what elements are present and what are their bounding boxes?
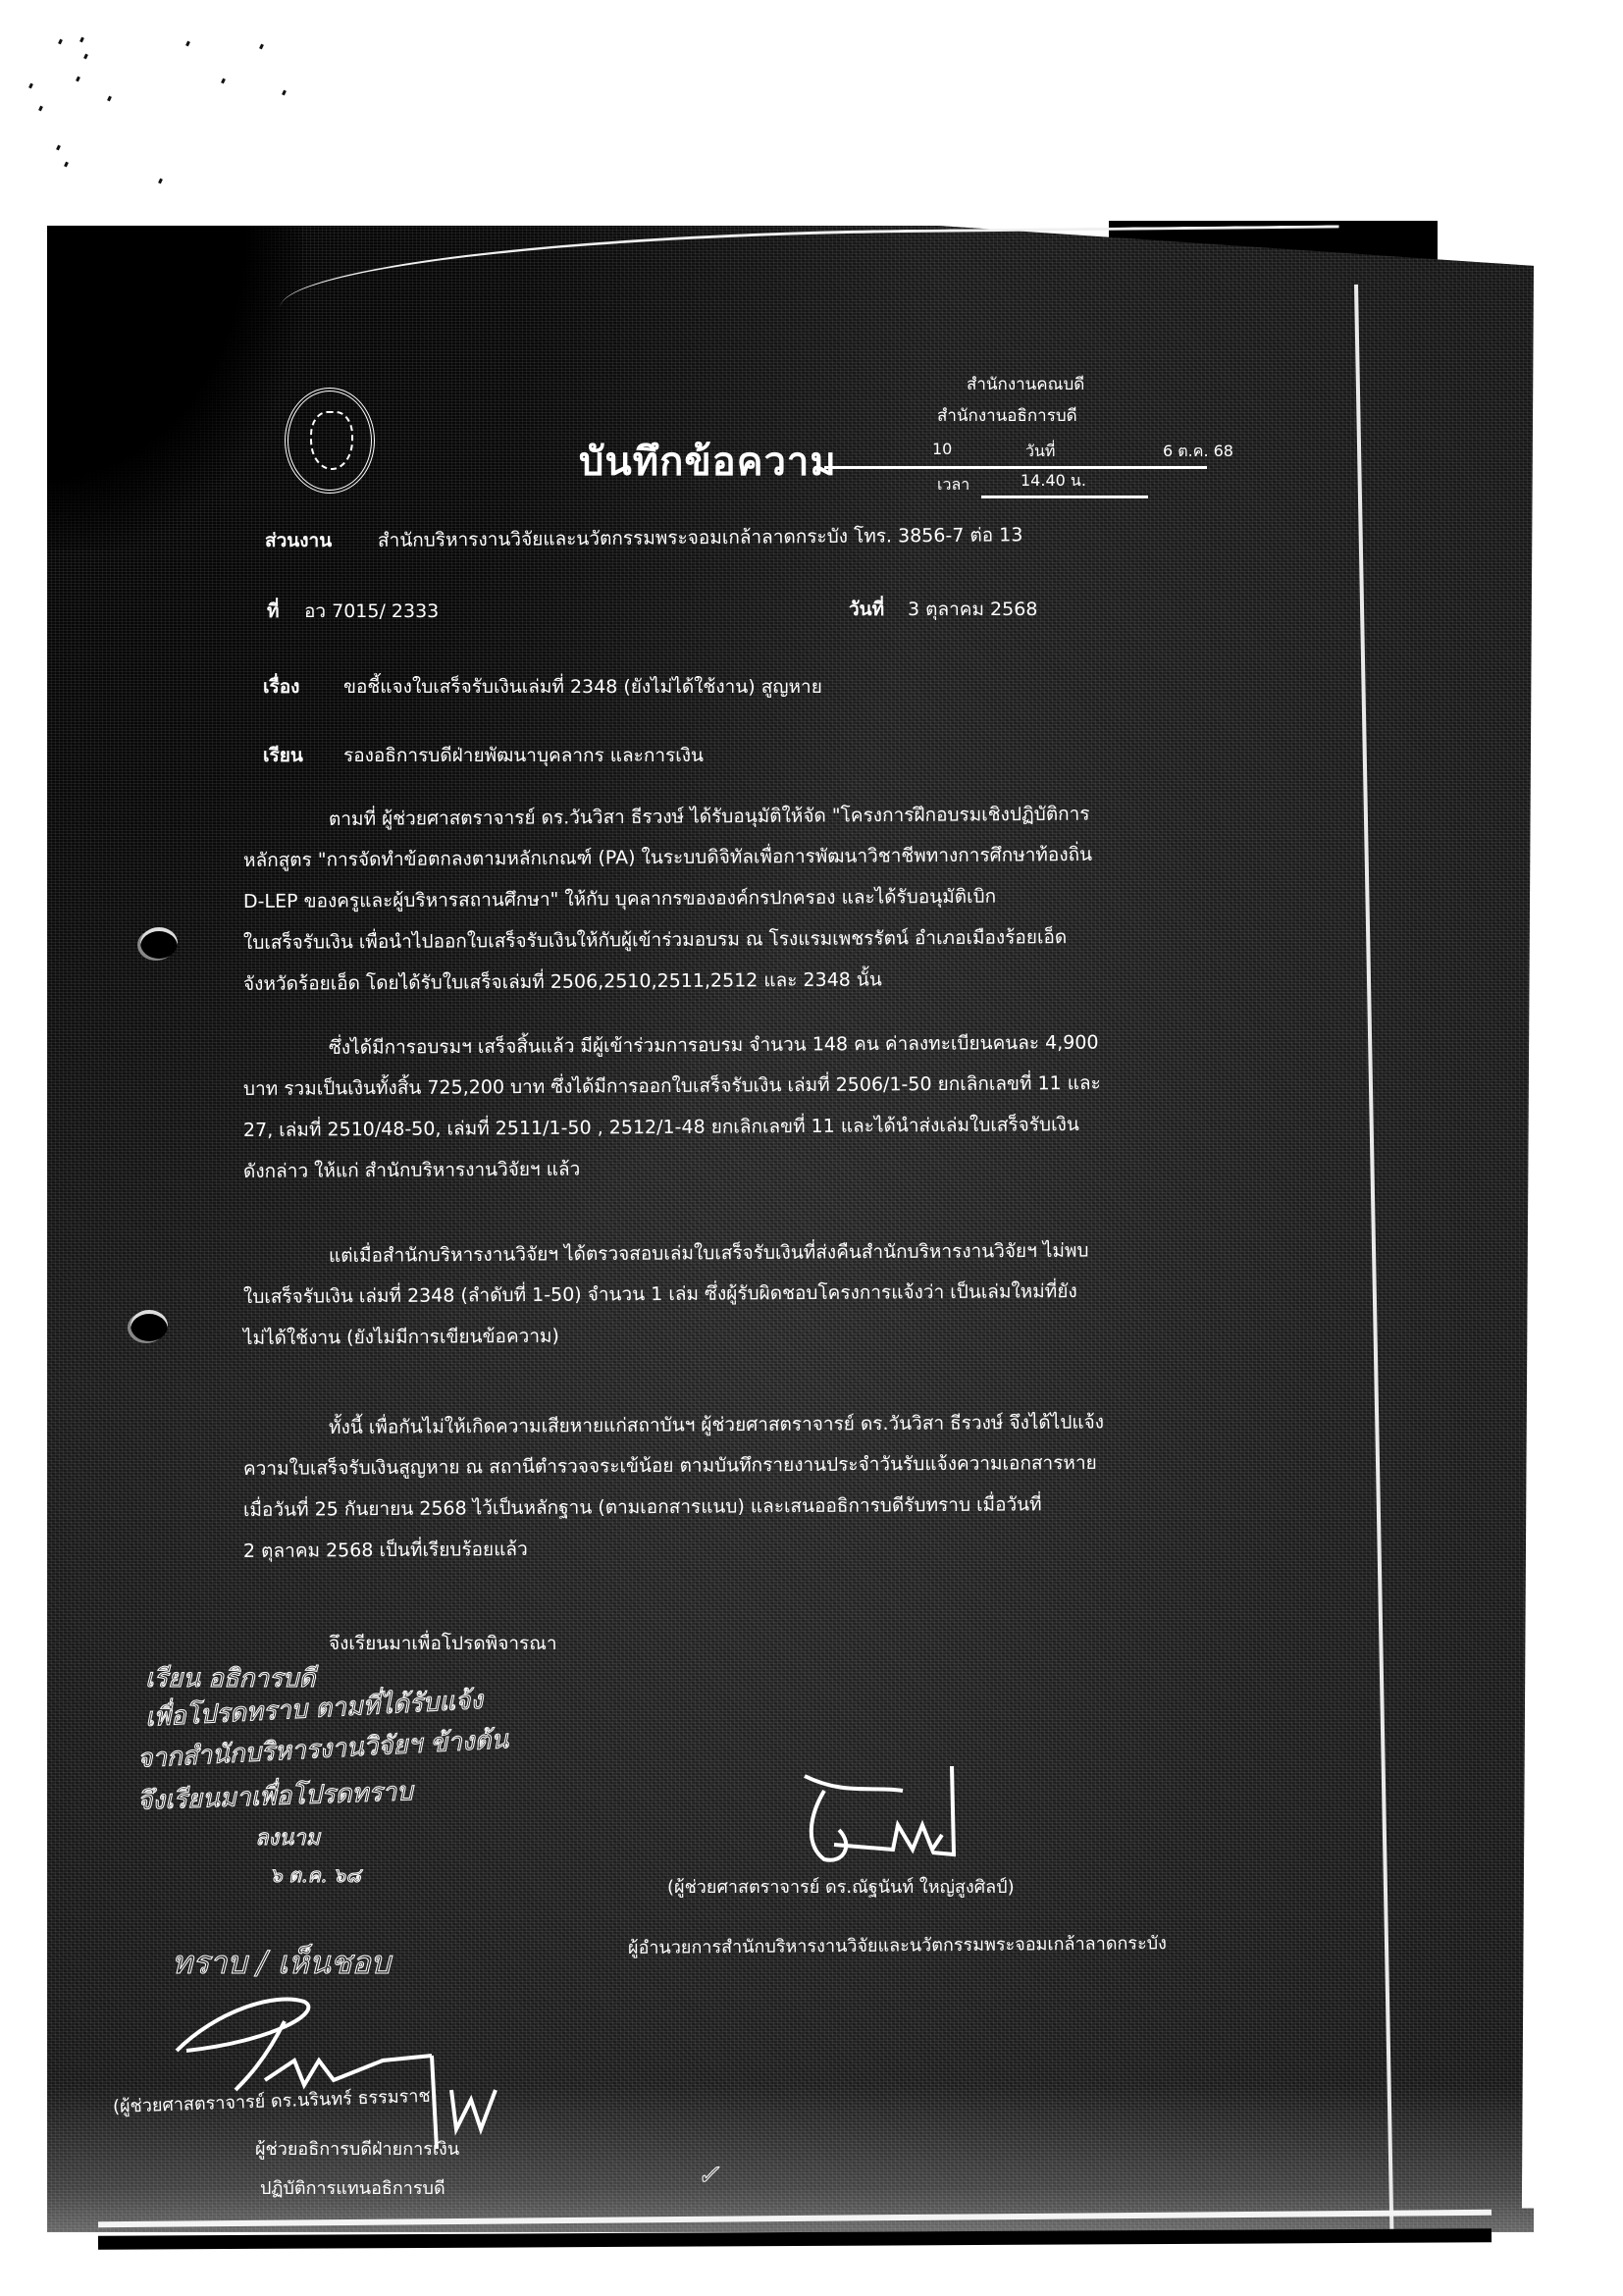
handwritten-note-line: ลงนาม bbox=[255, 1820, 320, 1854]
body-line: ใบเสร็จรับเงิน เล่มที่ 2348 (ลำดับที่ 1-… bbox=[243, 1277, 1077, 1312]
body-line: หลักสูตร "การจัดทำข้อตกลงตามหลักเกณฑ์ (P… bbox=[243, 840, 1092, 875]
stamp-office-line2: สำนักงานอธิการบดี bbox=[937, 402, 1077, 429]
body-line: 27, เล่มที่ 2510/48-50, เล่มที่ 2511/1-5… bbox=[243, 1110, 1079, 1145]
handwritten-approval: ทราบ / เห็นชอบ bbox=[172, 1938, 391, 1988]
handwritten-note-date: ๖ ต.ค. ๖๘ bbox=[270, 1859, 361, 1891]
department: สำนักบริหารงานวิจัยและนวัตกรรมพระจอมเกล้… bbox=[378, 520, 1023, 555]
body-line: เมื่อวันที่ 25 กันยายน 2568 ไว้เป็นหลักฐ… bbox=[243, 1489, 1042, 1525]
punch-hole bbox=[131, 1310, 168, 1341]
stamp-underline bbox=[824, 466, 1207, 469]
signer1-position: ผู้อำนวยการสำนักบริหารงานวิจัยและนวัตกรร… bbox=[628, 1928, 1167, 1961]
body-line: ทั้งนี้ เพื่อกันไม่ให้เกิดความเสียหายแก่… bbox=[329, 1407, 1104, 1442]
body-line: แต่เมื่อสำนักบริหารงานวิจัยฯ ได้ตรวจสอบเ… bbox=[329, 1236, 1089, 1271]
body-line: จังหวัดร้อยเอ็ด โดยได้รับใบเสร็จเล่มที่ … bbox=[243, 965, 882, 999]
form-title: บันทึกข้อความ bbox=[579, 430, 837, 493]
subject-label: เรื่อง bbox=[263, 672, 299, 702]
ref-label: ที่ bbox=[267, 597, 280, 626]
punch-hole bbox=[140, 927, 178, 959]
body-line: D-LEP ของครูและผู้บริหารสถานศึกษา" ให้กั… bbox=[243, 882, 996, 916]
stamp-time-label: เวลา bbox=[937, 473, 969, 497]
memo-date: 3 ตุลาคม 2568 bbox=[908, 595, 1037, 624]
body-line: ดังกล่าว ให้แก่ สำนักบริหารงานวิจัยฯ แล้… bbox=[243, 1155, 580, 1186]
stamp-office-line1: สำนักงานคณบดี bbox=[967, 371, 1084, 397]
body-line: ซึ่งได้มีการอบรมฯ เสร็จสิ้นแล้ว มีผู้เข้… bbox=[329, 1028, 1099, 1063]
body-line: ใบเสร็จรับเงิน เพื่อนำไปออกใบเสร็จรับเงิ… bbox=[243, 922, 1067, 958]
ref-number: อว 7015/ 2333 bbox=[304, 597, 439, 626]
to-label: เรียน bbox=[263, 741, 303, 770]
addressee: รองอธิการบดีฝ่ายพัฒนาบุคลากร และการเงิน bbox=[343, 741, 704, 770]
body-line: บาท รวมเป็นเงินทั้งสิ้น 725,200 บาท ซึ่ง… bbox=[243, 1069, 1101, 1104]
stamp-underline bbox=[981, 496, 1148, 498]
subject: ขอชี้แจงใบเสร็จรับเงินเล่มที่ 2348 (ยังไ… bbox=[343, 672, 822, 702]
handwritten-check-mark: ✓ bbox=[697, 2159, 719, 2191]
stamp-date-label: วันที่ bbox=[1025, 440, 1055, 464]
date-label: วันที่ bbox=[849, 595, 884, 624]
body-line: ความใบเสร็จรับเงินสูญหาย ณ สถานีตำรวจจระ… bbox=[243, 1448, 1097, 1484]
closing: จึงเรียนมาเพื่อโปรดพิจารณา bbox=[329, 1629, 557, 1658]
department-label: ส่วนงาน bbox=[265, 526, 332, 555]
stamp-number: 10 bbox=[932, 440, 952, 458]
garuda-seal-icon bbox=[285, 388, 375, 494]
signature-1 bbox=[785, 1737, 1079, 1874]
body-line: ตามที่ ผู้ช่วยศาสตราจารย์ ดร.วันวิสา ธีร… bbox=[329, 800, 1090, 834]
signer2-position-line2: ปฏิบัติการแทนอธิการบดี bbox=[260, 2173, 445, 2202]
body-line: ไม่ได้ใช้งาน (ยังไม่มีการเขียนข้อความ) bbox=[243, 1322, 559, 1353]
stamp-date: 6 ต.ค. 68 bbox=[1163, 440, 1233, 464]
signer1-name: (ผู้ช่วยศาสตราจารย์ ดร.ณัฐนันท์ ใหญ่สูงศ… bbox=[667, 1872, 1015, 1901]
signer2-position-line1: ผู้ช่วยอธิการบดีฝ่ายการเงิน bbox=[255, 2134, 459, 2163]
stamp-time: 14.40 น. bbox=[1021, 469, 1086, 494]
body-line: 2 ตุลาคม 2568 เป็นที่เรียบร้อยแล้ว bbox=[243, 1535, 528, 1566]
page-shadow bbox=[47, 226, 302, 549]
